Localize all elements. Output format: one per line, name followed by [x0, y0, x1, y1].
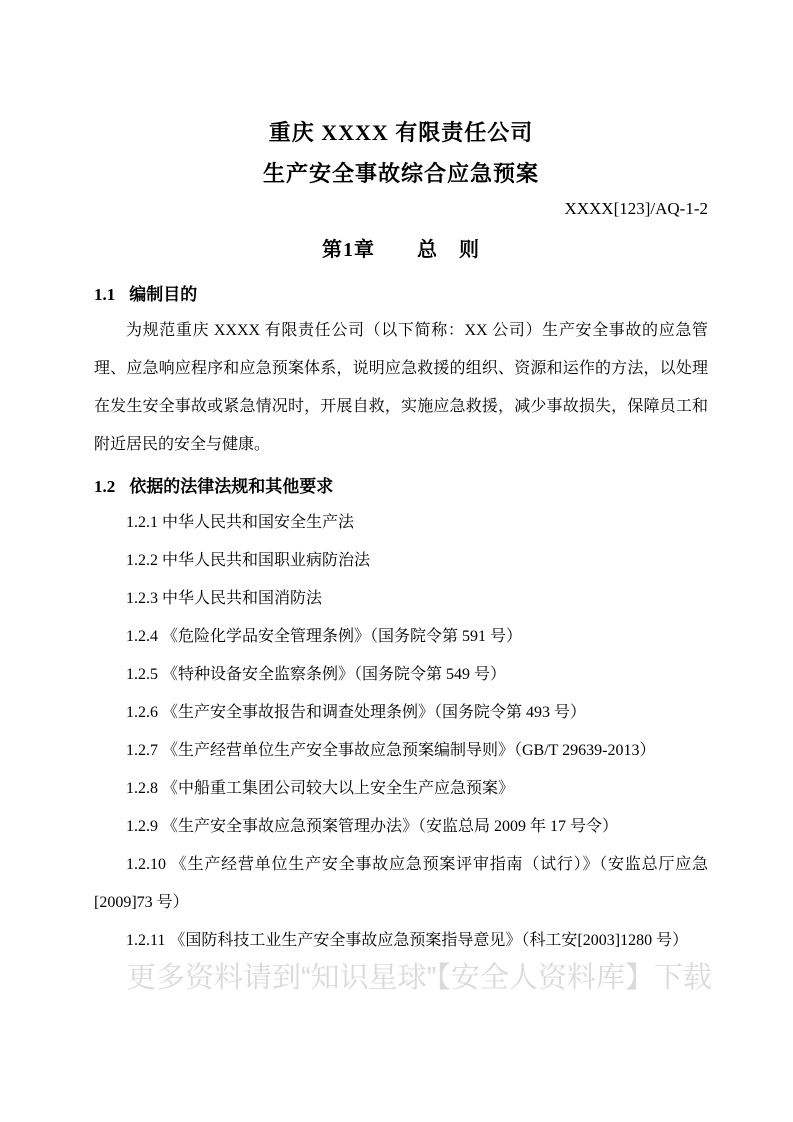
document-number: XXXX[123]/AQ-1-2 [94, 194, 708, 224]
chapter-heading: 第1章 总 则 [94, 232, 708, 268]
page-content: 重庆 XXXX 有限责任公司 生产安全事故综合应急预案 XXXX[123]/AQ… [0, 0, 793, 960]
section-title: 依据的法律法规和其他要求 [129, 477, 333, 496]
law-item: 1.2.9 《生产安全事故应急预案管理办法》（安监总局 2009 年 17 号令… [94, 808, 708, 846]
section-number: 1.2 [94, 477, 115, 496]
section-title: 编制目的 [129, 285, 197, 304]
law-item: 1.2.1 中华人民共和国安全生产法 [94, 504, 708, 542]
section-1-1-paragraph: 为规范重庆 XXXX 有限责任公司（以下简称：XX 公司）生产安全事故的应急管理… [94, 312, 708, 464]
law-item: 1.2.8 《中船重工集团公司较大以上安全生产应急预案》 [94, 770, 708, 808]
law-item: 1.2.7 《生产经营单位生产安全事故应急预案编制导则》（GB/T 29639-… [94, 732, 708, 770]
law-item: 1.2.6 《生产安全事故报告和调查处理条例》（国务院令第 493 号） [94, 694, 708, 732]
law-item: 1.2.5 《特种设备安全监察条例》（国务院令第 549 号） [94, 656, 708, 694]
watermark-text: 更多资料请到“知识星球”【安全人资料库】下载 [127, 956, 712, 1000]
section-heading-1-1: 1.1编制目的 [94, 278, 708, 312]
law-item: 1.2.4 《危险化学品安全管理条例》（国务院令第 591 号） [94, 618, 708, 656]
law-item: 1.2.3 中华人民共和国消防法 [94, 580, 708, 618]
document-page: 重庆 XXXX 有限责任公司 生产安全事故综合应急预案 XXXX[123]/AQ… [0, 0, 793, 1122]
section-number: 1.1 [94, 285, 115, 304]
law-list: 1.2.1 中华人民共和国安全生产法 1.2.2 中华人民共和国职业病防治法 1… [94, 504, 708, 960]
document-title: 重庆 XXXX 有限责任公司 生产安全事故综合应急预案 [94, 112, 708, 194]
section-heading-1-2: 1.2依据的法律法规和其他要求 [94, 470, 708, 504]
law-item: 1.2.10 《生产经营单位生产安全事故应急预案评审指南（试行）》（安监总厅应急… [94, 846, 708, 922]
document-title-line1: 重庆 XXXX 有限责任公司 [94, 112, 708, 153]
law-item: 1.2.2 中华人民共和国职业病防治法 [94, 542, 708, 580]
law-item: 1.2.11 《国防科技工业生产安全事故应急预案指导意见》（科工安[2003]1… [94, 922, 708, 960]
document-title-line2: 生产安全事故综合应急预案 [94, 153, 708, 194]
